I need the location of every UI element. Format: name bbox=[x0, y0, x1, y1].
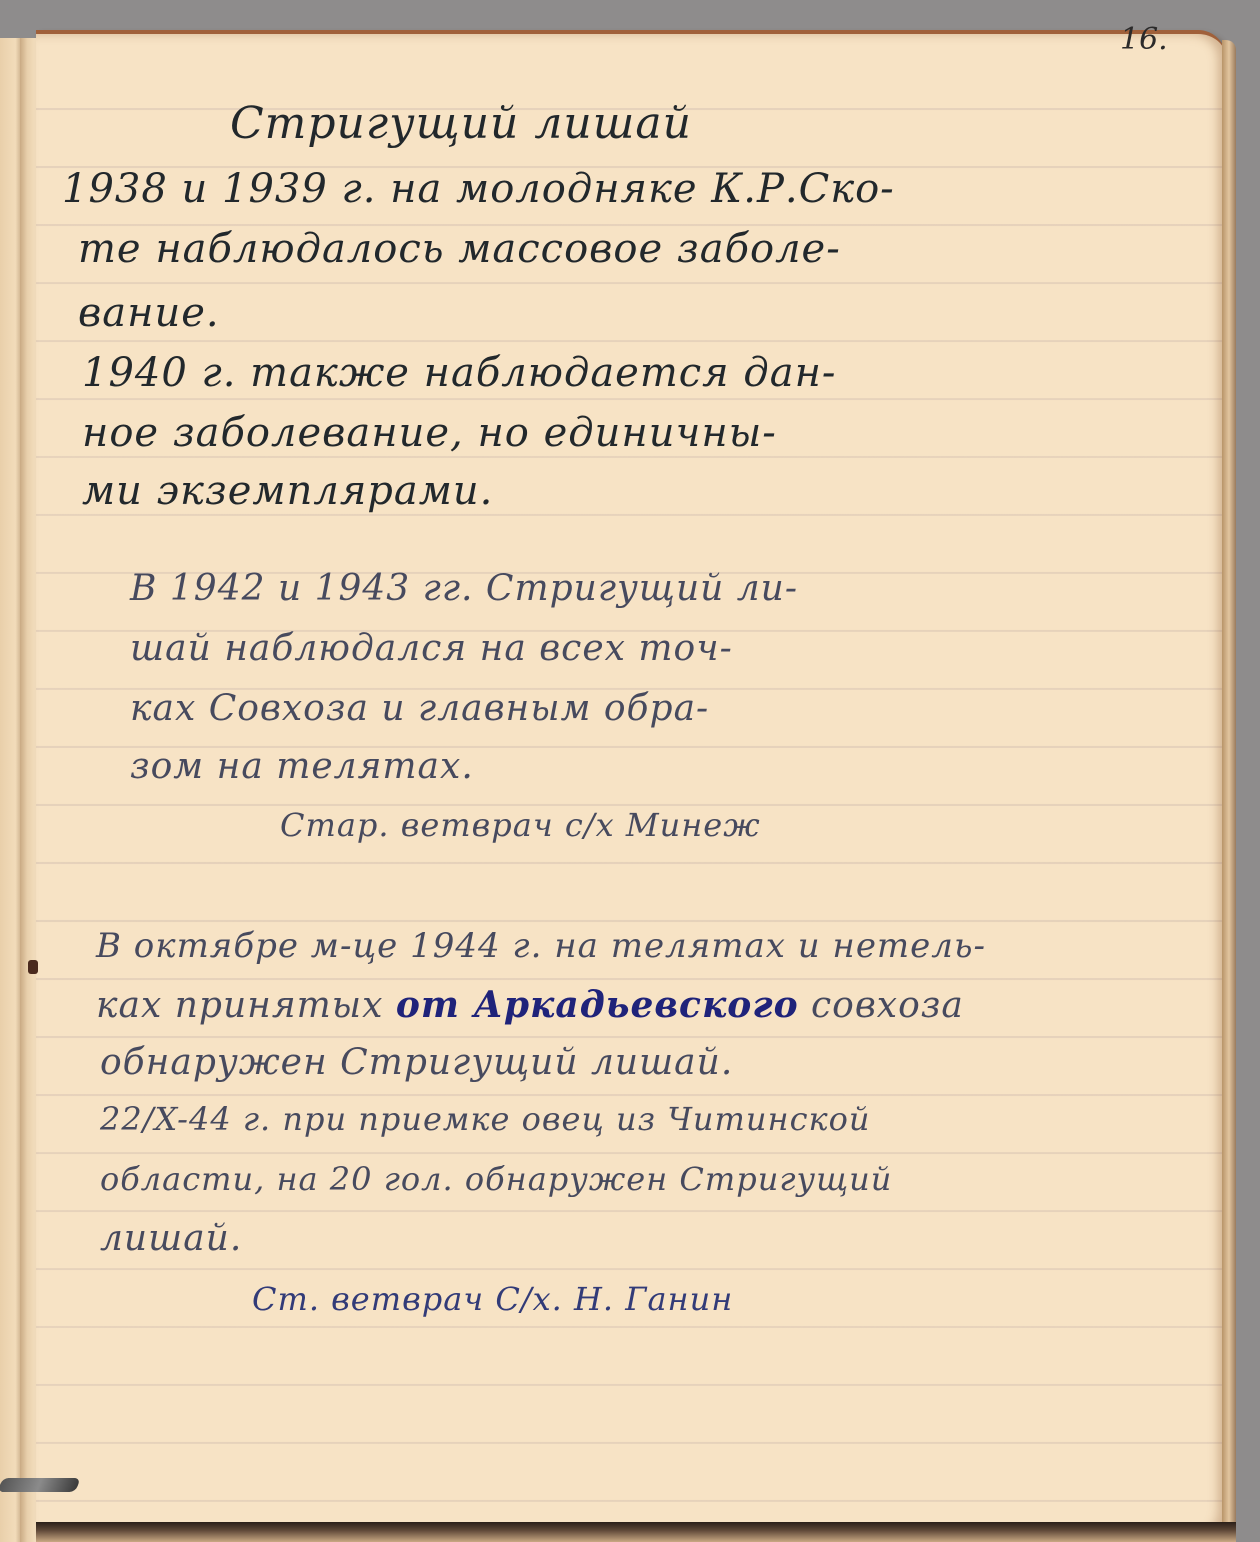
page-right-edge bbox=[1222, 40, 1236, 1530]
line-text-suffix: совхоза bbox=[799, 985, 964, 1026]
paragraph-3-line: области, на 20 гол. обнаружен Стригущий bbox=[100, 1160, 892, 1198]
paragraph-2-line: ках Совхоза и главным обра- bbox=[130, 688, 709, 729]
staple-clip bbox=[0, 1478, 81, 1492]
line-text-emphasis: от Аркадьевского bbox=[396, 984, 799, 1026]
signature-1: Стар. ветврач с/х Минеж bbox=[280, 806, 761, 844]
line-text-prefix: ках принятых bbox=[96, 985, 396, 1026]
paragraph-1-line: те наблюдалось массовое заболе- bbox=[78, 226, 841, 272]
paragraph-3-line: 22/X-44 г. при приемке овец из Читинской bbox=[100, 1100, 870, 1138]
paragraph-1-line: ми экземплярами. bbox=[82, 468, 493, 514]
left-page-edge bbox=[0, 38, 22, 1542]
paragraph-3-line: лишай. bbox=[100, 1218, 242, 1259]
signature-2: Ст. ветврач С/х. Н. Ганин bbox=[252, 1280, 733, 1318]
page-number: 16. bbox=[1120, 22, 1168, 57]
paragraph-1-line: 1938 и 1939 г. на молодняке К.Р.Ско- bbox=[62, 166, 895, 212]
paragraph-1-line: 1940 г. также наблюдается дан- bbox=[82, 350, 836, 396]
paragraph-1-line: вание. bbox=[78, 290, 220, 336]
page-title: Стригущий лишай bbox=[230, 98, 692, 149]
paragraph-1-line: ное заболевание, но единичны- bbox=[82, 410, 777, 456]
paragraph-3-line: обнаружен Стригущий лишай. bbox=[100, 1042, 733, 1083]
paragraph-2-line: зом на телятах. bbox=[130, 746, 474, 787]
page-bottom-edge bbox=[36, 1522, 1236, 1542]
paragraph-3-line: ках принятых от Аркадьевского совхоза bbox=[96, 984, 964, 1026]
paragraph-3-line: В октябре м-це 1944 г. на телятах и нете… bbox=[96, 926, 986, 966]
paragraph-2-line: В 1942 и 1943 гг. Стригущий ли- bbox=[130, 568, 798, 609]
paragraph-2-line: шай наблюдался на всех точ- bbox=[130, 628, 733, 669]
ink-spot bbox=[28, 960, 38, 974]
